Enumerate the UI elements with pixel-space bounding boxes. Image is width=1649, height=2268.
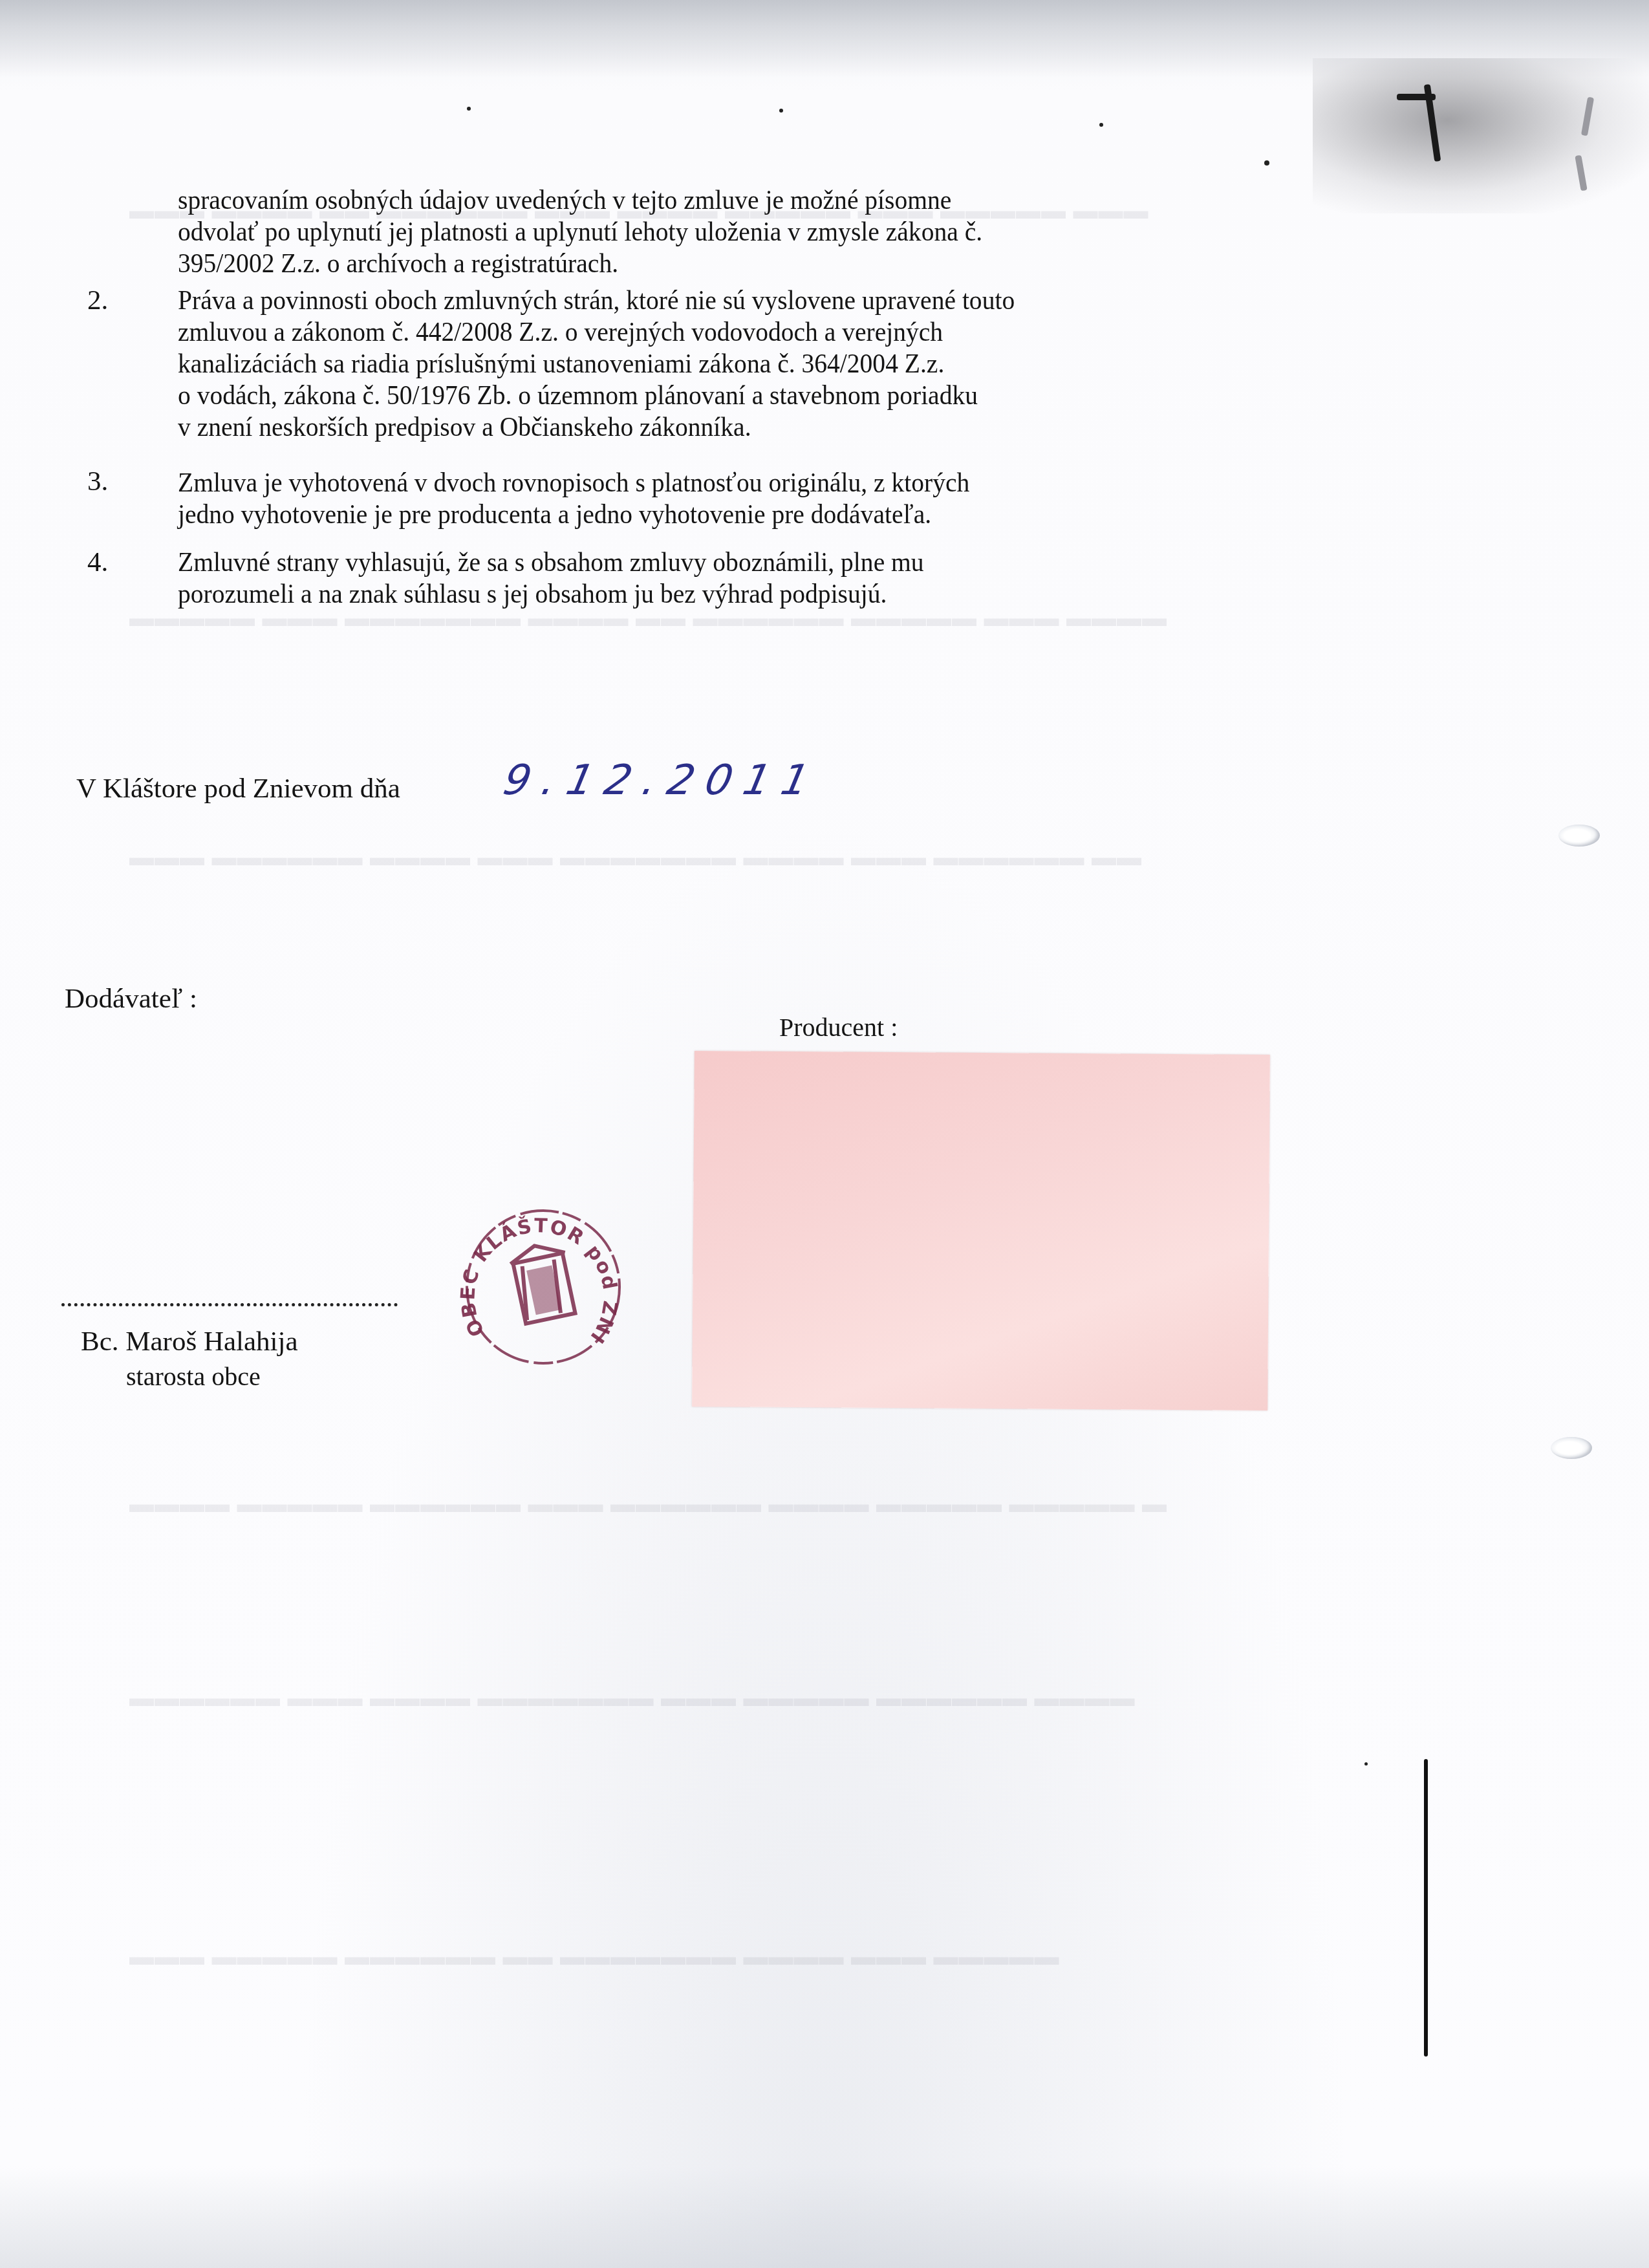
text-line: zmluvou a zákonom č. 442/2008 Z.z. o ver… <box>178 316 1183 348</box>
punch-hole-icon <box>1558 825 1600 847</box>
signature-line <box>61 1303 398 1306</box>
paragraph-number: 4. <box>87 546 108 578</box>
redaction-sticky-note <box>692 1051 1270 1410</box>
text-line: Zmluvné strany vyhlasujú, že sa s obsaho… <box>178 546 1183 578</box>
bleed-through-text: ▬▬▬ ▬▬▬▬▬ ▬▬▬▬▬▬ ▬▬ ▬▬▬▬▬▬▬ ▬▬▬▬ ▬▬▬ ▬▬▬… <box>129 1940 1487 1974</box>
paragraph-3: Zmluva je vyhotovená v dvoch rovnopisoch… <box>178 467 1183 530</box>
text-line: porozumeli a na znak súhlasu s jej obsah… <box>178 578 1183 610</box>
text-line: jedno vyhotovenie je pre producenta a je… <box>178 499 1183 530</box>
scan-speck <box>467 107 471 111</box>
scanned-page: ▬▬▬ ▬▬▬▬ ▬▬ ▬▬▬▬▬▬ ▬▬▬ ▬▬▬▬ ▬▬▬▬▬ ▬▬▬ ▬▬… <box>0 0 1649 2268</box>
supplier-label: Dodávateľ : <box>65 983 197 1015</box>
staple-icon <box>1581 97 1594 136</box>
paragraph-number: 2. <box>87 285 108 316</box>
bleed-through-text: ▬▬▬▬ ▬▬▬▬▬ ▬▬▬▬▬▬ ▬▬▬ ▬▬▬▬▬▬ ▬▬▬▬ ▬▬▬▬▬ … <box>129 1487 1487 1521</box>
signatory-role: starosta obce <box>126 1361 261 1392</box>
paragraph-2: Práva a povinnosti oboch zmluvných strán… <box>178 285 1183 443</box>
margin-line <box>1424 1759 1428 2057</box>
staple-icon <box>1575 155 1587 191</box>
municipal-stamp-icon: OBEC KLÁŠTOR pod ZNIEVOM <box>459 1203 627 1371</box>
text-line: o vodách, zákona č. 50/1976 Zb. o územno… <box>178 380 1183 411</box>
signatory-name: Bc. Maroš Halahija <box>81 1326 298 1357</box>
staple-marks <box>1313 58 1649 213</box>
scan-speck <box>1364 1762 1368 1766</box>
text-line: 395/2002 Z.z. o archívoch a registratúra… <box>178 248 1183 279</box>
text-line: kanalizáciách sa riadia príslušnými usta… <box>178 348 1183 380</box>
paragraph-number: 3. <box>87 466 108 497</box>
scan-speck <box>779 109 783 113</box>
text-line: odvolať po uplynutí jej platnosti a uply… <box>178 216 1183 248</box>
scan-speck <box>1264 160 1269 166</box>
text-line: spracovaním osobných údajov uvedených v … <box>178 184 1183 216</box>
bleed-through-text: ▬▬▬▬▬▬ ▬▬▬ ▬▬▬▬ ▬▬▬▬▬▬▬ ▬▬▬ ▬▬▬▬▬ ▬▬▬▬▬▬… <box>129 1681 1487 1715</box>
paragraph-4: Zmluvné strany vyhlasujú, že sa s obsaho… <box>178 546 1183 610</box>
bleed-through-text: ▬▬▬ ▬▬▬▬▬▬ ▬▬▬▬ ▬▬▬ ▬▬▬▬▬▬▬ ▬▬▬▬ ▬▬▬ ▬▬▬… <box>129 841 1487 874</box>
punch-hole-icon <box>1551 1437 1592 1459</box>
text-line: Práva a povinnosti oboch zmluvných strán… <box>178 285 1183 316</box>
scan-speck <box>1099 123 1103 127</box>
text-line: v znení neskorších predpisov a Občianske… <box>178 411 1183 443</box>
producer-label: Producent : <box>779 1012 898 1042</box>
staple-icon <box>1397 94 1436 100</box>
paragraph-1: spracovaním osobných údajov uvedených v … <box>178 184 1183 279</box>
text-line: Zmluva je vyhotovená v dvoch rovnopisoch… <box>178 467 1183 499</box>
place-and-date-label: V Kláštore pod Znievom dňa <box>76 773 400 805</box>
handwritten-date: 9.12.2011 <box>499 757 824 805</box>
